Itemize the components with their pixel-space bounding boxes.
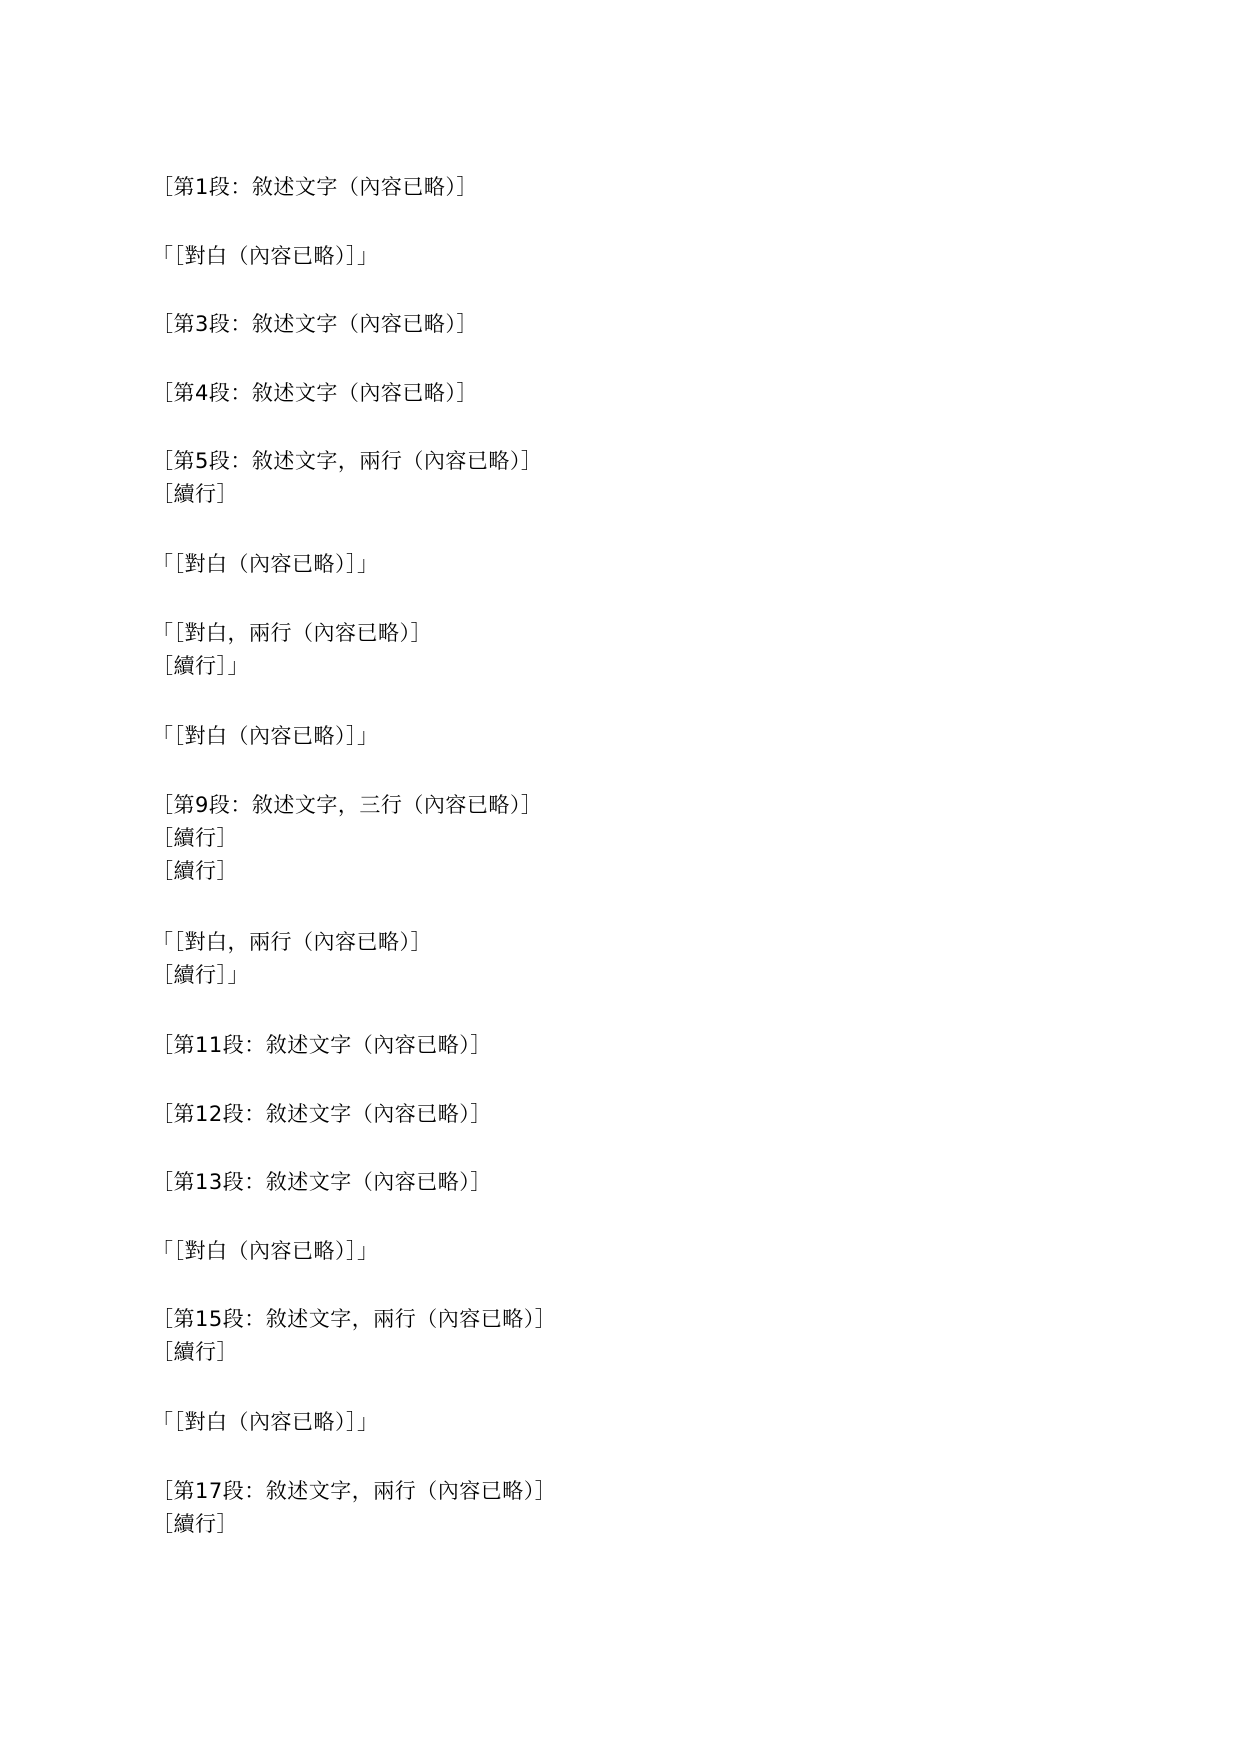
paragraph-1: ［第1段：敘述文字（內容已略）］ <box>152 171 1097 204</box>
paragraph-11: ［第11段：敘述文字（內容已略）］ <box>152 1029 1097 1062</box>
document-page: ［第1段：敘述文字（內容已略）］ 「［對白（內容已略）］」 ［第3段：敘述文字（… <box>0 0 1242 1755</box>
paragraph-8: 「［對白（內容已略）］」 <box>152 720 1097 753</box>
paragraph-5: ［第5段：敘述文字，兩行（內容已略）］ ［續行］ <box>152 445 1097 511</box>
paragraph-3: ［第3段：敘述文字（內容已略）］ <box>152 308 1097 341</box>
paragraph-7: 「［對白，兩行（內容已略）］ ［續行］」 <box>152 617 1097 683</box>
paragraph-4: ［第4段：敘述文字（內容已略）］ <box>152 377 1097 410</box>
paragraph-13: ［第13段：敘述文字（內容已略）］ <box>152 1166 1097 1199</box>
paragraph-14: 「［對白（內容已略）］」 <box>152 1235 1097 1268</box>
paragraph-17: ［第17段：敘述文字，兩行（內容已略）］ ［續行］ <box>152 1475 1097 1541</box>
paragraph-15: ［第15段：敘述文字，兩行（內容已略）］ ［續行］ <box>152 1303 1097 1369</box>
paragraph-10: 「［對白，兩行（內容已略）］ ［續行］」 <box>152 926 1097 992</box>
paragraph-2: 「［對白（內容已略）］」 <box>152 240 1097 273</box>
paragraph-9: ［第9段：敘述文字，三行（內容已略）］ ［續行］ ［續行］ <box>152 789 1097 888</box>
paragraph-12: ［第12段：敘述文字（內容已略）］ <box>152 1098 1097 1131</box>
paragraph-6: 「［對白（內容已略）］」 <box>152 548 1097 581</box>
paragraph-16: 「［對白（內容已略）］」 <box>152 1406 1097 1439</box>
